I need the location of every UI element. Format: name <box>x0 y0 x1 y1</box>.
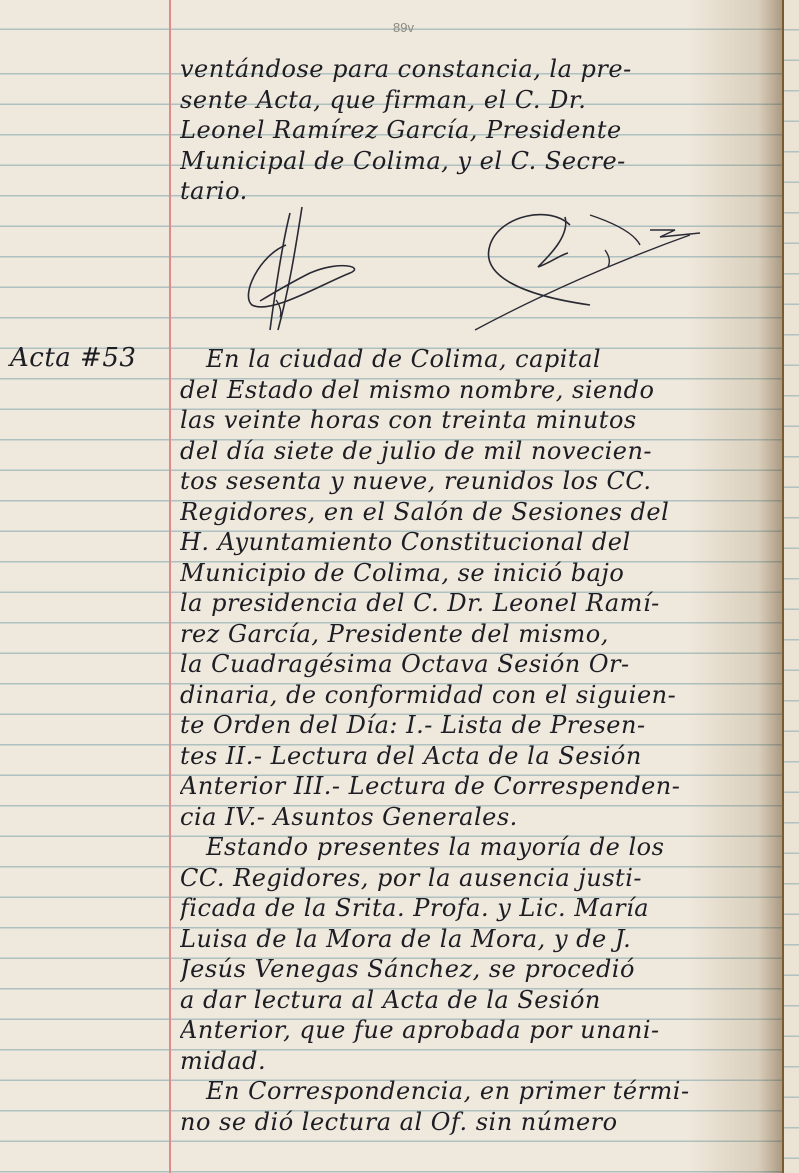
text-line: tes II.- Lectura del Acta de la Sesión <box>180 741 770 772</box>
text-line: a dar lectura al Acta de la Sesión <box>180 985 770 1016</box>
text-line: del Estado del mismo nombre, siendo <box>180 375 770 406</box>
text-line: CC. Regidores, por la ausencia justi- <box>180 863 770 894</box>
text-line: cia IV.- Asuntos Generales. <box>180 802 770 833</box>
text-line: H. Ayuntamiento Constitucional del <box>180 527 770 558</box>
text-line: tario. <box>180 176 770 207</box>
text-line: rez García, Presidente del mismo, <box>180 619 770 650</box>
text-line: Municipio de Colima, se inició bajo <box>180 558 770 589</box>
text-line: ficada de la Srita. Profa. y Lic. María <box>180 893 770 924</box>
text-line: dinaria, de conformidad con el siguien- <box>180 680 770 711</box>
signatures-area <box>230 205 730 335</box>
text-line: Estando presentes la mayoría de los <box>180 832 770 863</box>
signature-presidente <box>230 205 370 335</box>
text-line: Anterior III.- Lectura de Correspenden- <box>180 771 770 802</box>
text-line: Luisa de la Mora de la Mora, y de J. <box>180 924 770 955</box>
adjacent-page-edge <box>782 0 799 1173</box>
signature-secretario <box>460 205 730 335</box>
text-line: no se dió lectura al Of. sin número <box>180 1107 770 1138</box>
text-line: sente Acta, que firman, el C. Dr. <box>180 85 770 116</box>
text-line: la Cuadragésima Octava Sesión Or- <box>180 649 770 680</box>
red-margin-line <box>169 0 171 1173</box>
text-line: Leonel Ramírez García, Presidente <box>180 115 770 146</box>
text-line: Regidores, en el Salón de Sesiones del <box>180 497 770 528</box>
text-line: la presidencia del C. Dr. Leonel Ramí- <box>180 588 770 619</box>
text-line: te Orden del Día: I.- Lista de Presen- <box>180 710 770 741</box>
acta-text: En la ciudad de Colima, capital del Esta… <box>180 344 770 1137</box>
text-line: Jesús Venegas Sánchez, se procedió <box>180 954 770 985</box>
text-line: Municipal de Colima, y el C. Secre- <box>180 146 770 177</box>
folio-number: 89v <box>393 20 414 35</box>
continuation-text: ventándose para constancia, la pre- sent… <box>180 54 770 207</box>
notebook-page: 89v ventándose para constancia, la pre- … <box>0 0 782 1173</box>
text-line: del día siete de julio de mil novecien- <box>180 436 770 467</box>
text-line: midad. <box>180 1046 770 1077</box>
text-line: ventándose para constancia, la pre- <box>180 54 770 85</box>
text-line: tos sesenta y nueve, reunidos los CC. <box>180 466 770 497</box>
text-line: En la ciudad de Colima, capital <box>180 344 770 375</box>
text-line: Anterior, que fue aprobada por unani- <box>180 1015 770 1046</box>
acta-number-label: Acta #53 <box>10 343 136 373</box>
text-line: las veinte horas con treinta minutos <box>180 405 770 436</box>
text-line: En Correspondencia, en primer térmi- <box>180 1076 770 1107</box>
